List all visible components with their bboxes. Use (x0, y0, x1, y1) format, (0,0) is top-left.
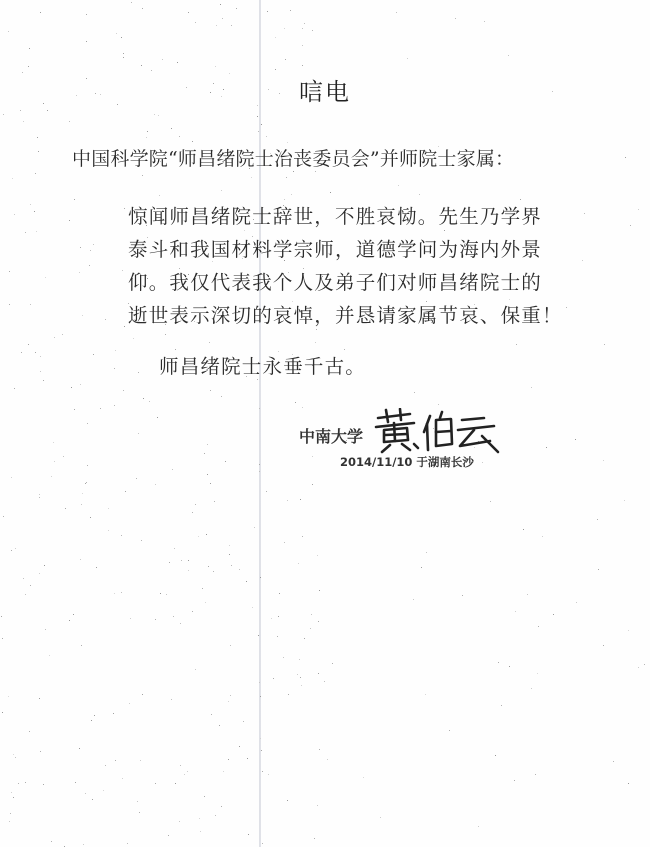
scan-speck (210, 390, 211, 391)
scan-speck (262, 771, 263, 772)
scan-speck (239, 746, 240, 747)
scan-speck (143, 398, 144, 399)
scan-speck (501, 705, 502, 706)
scan-speck (12, 178, 13, 179)
scan-speck (74, 199, 75, 200)
scan-speck (51, 476, 52, 477)
scan-speck (531, 387, 532, 388)
scan-speck (613, 761, 614, 762)
scan-speck (160, 593, 161, 594)
scan-speck (40, 371, 41, 372)
scan-speck (13, 754, 14, 755)
scan-speck (288, 694, 289, 695)
scan-speck (11, 550, 12, 551)
letter-body: 惊闻师昌绪院士辞世，不胜哀恸。先生乃学界 泰斗和我国材料学宗师，道德学问为海内外… (128, 200, 578, 332)
scan-speck (319, 590, 320, 591)
scan-speck (414, 392, 415, 393)
scan-speck (180, 765, 181, 766)
scan-speck (39, 698, 40, 699)
scan-speck (192, 611, 193, 612)
scan-speck (516, 344, 517, 345)
scan-speck (332, 663, 333, 664)
scan-speck (283, 657, 284, 658)
scan-speck (259, 408, 260, 409)
scan-speck (71, 387, 72, 388)
scan-speck (28, 66, 29, 67)
scan-speck (83, 844, 84, 845)
scan-speck (252, 607, 253, 608)
scan-speck (277, 636, 278, 637)
scan-speck (10, 813, 11, 814)
scan-speck (531, 688, 532, 689)
scan-speck (136, 478, 137, 479)
scan-speck (508, 55, 509, 56)
scan-speck (312, 456, 313, 457)
scan-speck (644, 664, 645, 665)
scan-speck (523, 529, 524, 530)
scan-speck (229, 554, 230, 555)
scan-speck (490, 501, 491, 502)
scan-speck (312, 484, 313, 485)
scan-speck (603, 460, 604, 461)
scan-speck (286, 177, 287, 178)
scan-speck (80, 384, 81, 385)
scan-speck (168, 835, 169, 836)
scan-speck (271, 618, 272, 619)
scan-speck (53, 442, 54, 443)
scan-speck (73, 614, 74, 615)
scan-speck (8, 31, 9, 32)
scan-speck (603, 645, 604, 646)
scan-speck (147, 131, 148, 132)
scan-speck (175, 783, 176, 784)
scan-speck (20, 110, 21, 111)
scan-speck (478, 826, 479, 827)
scan-speck (192, 512, 193, 513)
scan-speck (1, 616, 2, 617)
scan-speck (54, 337, 55, 338)
scan-speck (198, 536, 199, 537)
scan-speck (628, 630, 629, 631)
scan-speck (266, 136, 267, 137)
scan-speck (155, 619, 156, 620)
scan-speck (79, 272, 80, 273)
scan-speck (85, 793, 86, 794)
scan-speck (285, 59, 286, 60)
scan-speck (324, 681, 325, 682)
scan-speck (230, 645, 231, 646)
scan-speck (231, 25, 232, 26)
scan-speck (275, 37, 276, 38)
scan-speck (207, 444, 208, 445)
scan-speck (628, 783, 629, 784)
scan-speck (151, 70, 152, 71)
scan-speck (181, 560, 182, 561)
scan-speck (192, 141, 193, 142)
scan-speck (51, 841, 52, 842)
scan-speck (211, 714, 212, 715)
scan-speck (287, 800, 288, 801)
scan-speck (39, 494, 40, 495)
scan-speck (248, 834, 249, 835)
scan-speck (246, 581, 247, 582)
scan-speck (597, 519, 598, 520)
scan-speck (44, 565, 45, 566)
scan-speck (40, 12, 41, 13)
scan-speck (18, 783, 19, 784)
scan-speck (290, 10, 291, 11)
scan-speck (69, 620, 70, 621)
scan-speck (30, 204, 31, 205)
scan-speck (455, 18, 456, 19)
scan-speck (462, 595, 463, 596)
scan-speck (210, 483, 211, 484)
scan-speck (124, 326, 125, 327)
signature-organization: 中南大学 (299, 424, 363, 447)
scan-speck (604, 344, 605, 345)
scan-speck (179, 821, 180, 822)
scan-speck (158, 115, 159, 116)
scan-speck (100, 408, 101, 409)
scan-speck (251, 177, 252, 178)
scan-speck (34, 211, 35, 212)
scan-speck (173, 616, 174, 617)
handwritten-signature: 黄伯云 (374, 408, 506, 454)
scan-speck (121, 535, 122, 536)
scan-speck (139, 812, 140, 813)
scan-speck (108, 508, 109, 509)
scan-speck (293, 171, 294, 172)
scan-speck (317, 805, 318, 806)
scan-speck (8, 696, 9, 697)
scan-speck (29, 48, 30, 49)
scanned-letter-page: 唁电 中国科学院“师昌绪院士治丧委员会”并师院士家属： 惊闻师昌绪院士辞世，不胜… (0, 0, 650, 847)
scan-speck (625, 157, 626, 158)
scan-speck (221, 806, 222, 807)
scan-speck (542, 536, 543, 537)
scan-speck (298, 563, 299, 564)
scan-speck (228, 759, 229, 760)
scan-speck (304, 23, 305, 24)
scan-fold-line (259, 0, 261, 847)
scan-speck (180, 623, 181, 624)
scan-speck (260, 577, 261, 578)
scan-speck (114, 405, 115, 406)
scan-speck (259, 464, 260, 465)
scan-speck (295, 402, 296, 403)
scan-speck (482, 462, 483, 463)
scan-speck (221, 190, 222, 191)
scan-speck (105, 319, 106, 320)
body-line: 仰。我仅代表我个人及弟子们对师昌绪院士的 (128, 266, 578, 299)
scan-speck (25, 594, 26, 595)
scan-speck (23, 578, 24, 579)
signature-date-place: 2014/11/10 于湖南长沙 (340, 454, 474, 470)
scan-speck (495, 755, 496, 756)
scan-speck (92, 799, 93, 800)
scan-speck (284, 542, 285, 543)
scan-speck (273, 678, 274, 679)
scan-speck (228, 701, 229, 702)
scan-speck (312, 30, 313, 31)
scan-speck (142, 694, 143, 695)
scan-speck (157, 417, 158, 418)
scan-speck (36, 231, 37, 232)
scan-speck (260, 696, 261, 697)
scan-speck (65, 508, 66, 509)
scan-speck (195, 669, 196, 670)
scan-speck (108, 530, 109, 531)
scan-speck (9, 271, 10, 272)
scan-speck (38, 151, 39, 152)
scan-speck (159, 195, 160, 196)
scan-speck (268, 774, 269, 775)
scan-speck (37, 137, 38, 138)
scan-speck (344, 349, 345, 350)
scan-speck (302, 536, 303, 537)
scan-speck (209, 342, 210, 343)
scan-speck (174, 548, 175, 549)
scan-speck (155, 484, 156, 485)
scan-speck (90, 250, 91, 251)
scan-speck (165, 334, 166, 335)
scan-speck (74, 409, 75, 410)
scan-speck (86, 14, 87, 15)
scan-speck (243, 721, 244, 722)
scan-speck (213, 571, 214, 572)
scan-speck (225, 461, 226, 462)
scan-speck (171, 128, 172, 129)
scan-speck (137, 801, 138, 802)
scan-speck (121, 37, 122, 38)
scan-speck (14, 388, 15, 389)
scan-speck (103, 790, 104, 791)
scan-speck (537, 673, 538, 674)
scan-speck (262, 843, 263, 844)
scan-speck (11, 792, 12, 793)
scan-speck (121, 592, 122, 593)
scan-speck (45, 277, 46, 278)
scan-speck (3, 114, 4, 115)
scan-speck (69, 220, 70, 221)
scan-speck (257, 116, 258, 117)
scan-speck (11, 477, 12, 478)
scan-speck (546, 447, 547, 448)
scan-speck (25, 232, 26, 233)
scan-speck (142, 8, 143, 9)
body-line: 逝世表示深切的哀悼，并恳请家属节哀、保重！ (128, 299, 578, 332)
scan-speck (62, 334, 63, 335)
scan-speck (484, 21, 485, 22)
scan-speck (49, 655, 50, 656)
scan-speck (220, 4, 221, 5)
scan-speck (133, 338, 134, 339)
scan-speck (14, 214, 15, 215)
scan-speck (43, 380, 44, 381)
scan-speck (624, 500, 625, 501)
scan-speck (300, 499, 301, 500)
scan-speck (45, 629, 46, 630)
scan-speck (86, 41, 87, 42)
scan-speck (177, 62, 178, 63)
scan-speck (275, 69, 276, 70)
scan-speck (222, 18, 223, 19)
scan-speck (115, 350, 116, 351)
scan-speck (9, 304, 10, 305)
scan-speck (300, 677, 301, 678)
scan-speck (89, 265, 90, 266)
scan-speck (514, 780, 515, 781)
scan-speck (94, 715, 95, 716)
scan-speck (266, 491, 267, 492)
scan-speck (2, 712, 3, 713)
scan-speck (449, 730, 450, 731)
scan-speck (80, 559, 81, 560)
scan-speck (221, 396, 222, 397)
scan-speck (413, 599, 414, 600)
scan-speck (123, 57, 124, 58)
scan-speck (187, 771, 188, 772)
scan-speck (93, 244, 94, 245)
scan-speck (206, 534, 207, 535)
scan-speck (279, 593, 280, 594)
scan-speck (90, 517, 91, 518)
scan-speck (258, 131, 259, 132)
scan-speck (47, 110, 48, 111)
scan-speck (426, 552, 427, 553)
scan-speck (380, 817, 381, 818)
scan-speck (230, 695, 231, 696)
scan-speck (302, 28, 303, 29)
scan-speck (297, 674, 298, 675)
scan-speck (87, 465, 88, 466)
letter-salutation: 中国科学院“师昌绪院士治丧委员会”并师院士家属： (72, 144, 514, 171)
scan-speck (302, 65, 303, 66)
scan-speck (219, 725, 220, 726)
scan-speck (69, 121, 70, 122)
scan-speck (141, 65, 142, 66)
scan-speck (314, 838, 315, 839)
scan-speck (63, 456, 64, 457)
scan-speck (310, 628, 311, 629)
scan-speck (239, 569, 240, 570)
scan-speck (188, 560, 189, 561)
scan-speck (93, 354, 94, 355)
scan-speck (28, 344, 29, 345)
scan-speck (535, 774, 536, 775)
scan-speck (214, 501, 215, 502)
scan-speck (29, 731, 30, 732)
scan-speck (407, 58, 408, 59)
scan-speck (317, 555, 318, 556)
scan-speck (188, 12, 189, 13)
scan-speck (421, 567, 422, 568)
scan-speck (200, 831, 201, 832)
scan-speck (311, 614, 312, 615)
scan-speck (169, 562, 170, 563)
letter-closing: 师昌绪院士永垂千古。 (159, 351, 366, 379)
scan-speck (129, 703, 130, 704)
scan-speck (155, 783, 156, 784)
scan-speck (125, 491, 126, 492)
scan-speck (114, 368, 115, 369)
scan-speck (30, 304, 31, 305)
scan-speck (35, 352, 36, 353)
scan-speck (171, 699, 172, 700)
scan-speck (236, 8, 237, 9)
scan-speck (278, 616, 279, 617)
body-line: 惊闻师昌绪院士辞世，不胜哀恸。先生乃学界 (128, 200, 578, 233)
scan-speck (215, 815, 216, 816)
scan-speck (2, 638, 3, 639)
scan-speck (122, 270, 123, 271)
scan-speck (15, 548, 16, 549)
scan-speck (254, 527, 255, 528)
scan-speck (582, 260, 583, 261)
scan-speck (318, 621, 319, 622)
scan-speck (3, 516, 4, 517)
scan-speck (205, 602, 206, 603)
scan-speck (576, 602, 577, 603)
scan-speck (9, 821, 10, 822)
scan-speck (260, 738, 261, 739)
scan-speck (184, 774, 185, 775)
scan-speck (39, 573, 40, 574)
scan-speck (638, 209, 639, 210)
scan-speck (425, 694, 426, 695)
body-line: 泰斗和我国材料学宗师，道德学问为海内外景 (128, 233, 578, 266)
scan-speck (584, 213, 585, 214)
scan-speck (122, 778, 123, 779)
scan-speck (538, 626, 539, 627)
scan-speck (231, 565, 232, 566)
scan-speck (302, 407, 303, 408)
scan-speck (75, 782, 76, 783)
scan-speck (154, 114, 155, 115)
scan-speck (43, 784, 44, 785)
scan-speck (127, 843, 128, 844)
scan-speck (202, 588, 203, 589)
scan-speck (138, 372, 139, 373)
scan-speck (304, 638, 305, 639)
scan-speck (261, 124, 262, 125)
scan-speck (81, 645, 82, 646)
scan-speck (115, 760, 116, 761)
scan-speck (363, 777, 364, 778)
scan-speck (80, 247, 81, 248)
scan-speck (81, 504, 82, 505)
scan-speck (140, 760, 141, 761)
scan-speck (138, 433, 139, 434)
scan-speck (40, 751, 41, 752)
scan-speck (284, 28, 285, 29)
scan-speck (113, 713, 114, 714)
scan-speck (124, 208, 125, 209)
scan-speck (498, 662, 499, 663)
scan-speck (130, 618, 131, 619)
scan-speck (287, 142, 288, 143)
scan-speck (630, 225, 631, 226)
scan-speck (204, 796, 205, 797)
scan-speck (553, 614, 554, 615)
scan-speck (267, 11, 268, 12)
scan-speck (175, 349, 176, 350)
scan-speck (21, 352, 22, 353)
scan-speck (82, 493, 83, 494)
scan-speck (141, 540, 142, 541)
scan-speck (315, 342, 316, 343)
scan-speck (188, 570, 189, 571)
